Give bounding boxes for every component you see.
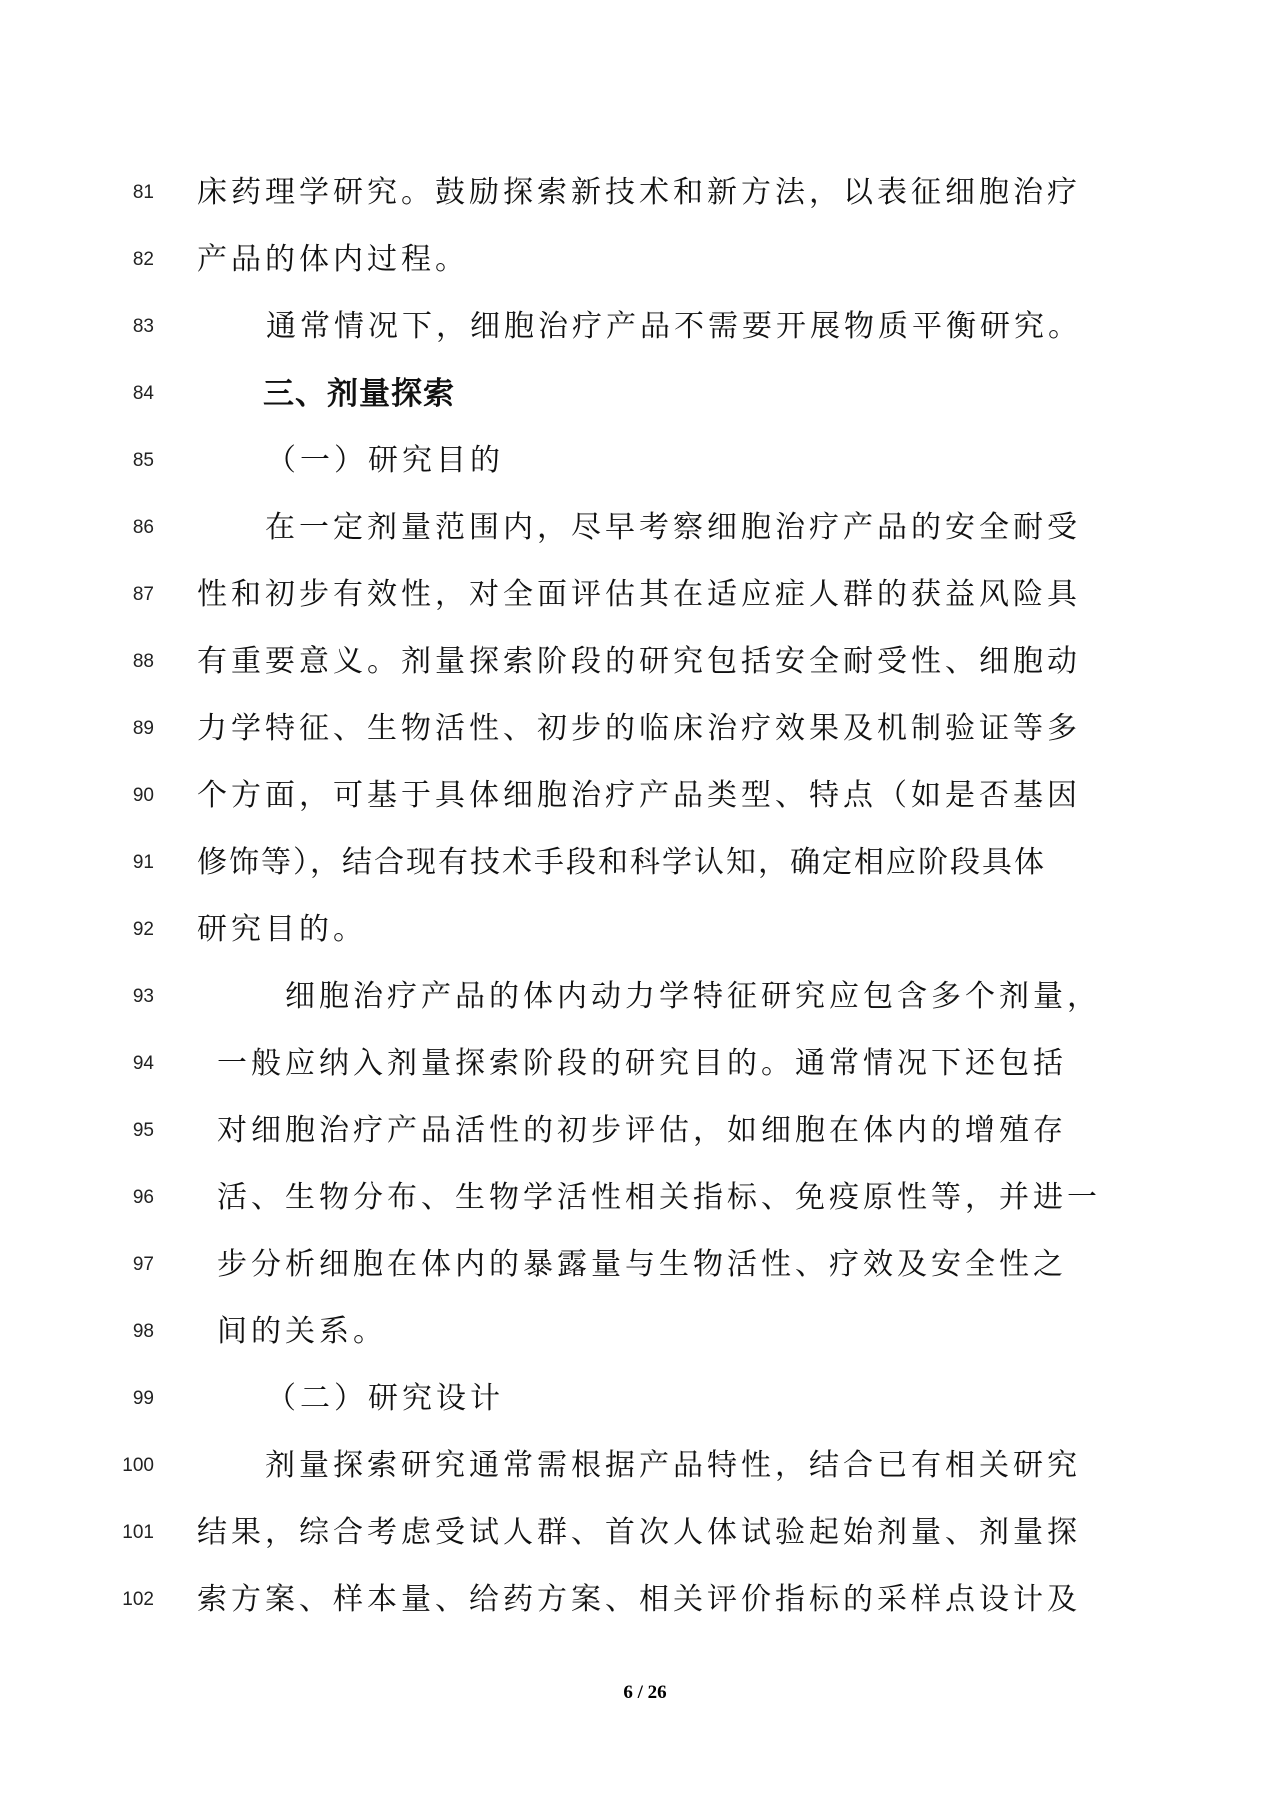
line-number: 91	[90, 851, 154, 875]
line-number: 100	[90, 1454, 154, 1478]
body-text-line: 间的关系。	[217, 1312, 387, 1352]
document-page: 81 床药理学研究。鼓励探索新技术和新方法，以表征细胞治疗 82 产品的体内过程…	[0, 0, 1280, 1810]
line-number: 96	[90, 1186, 154, 1210]
line-number: 87	[90, 583, 154, 607]
body-text-line: 床药理学研究。鼓励探索新技术和新方法，以表征细胞治疗	[197, 173, 1081, 213]
line-number: 101	[90, 1521, 154, 1545]
line-number: 86	[90, 516, 154, 540]
line-number: 92	[90, 918, 154, 942]
line-number: 84	[90, 382, 154, 406]
line-number: 82	[90, 248, 154, 272]
line-number: 97	[90, 1253, 154, 1277]
body-text-line: 有重要意义。剂量探索阶段的研究包括安全耐受性、细胞动	[197, 642, 1081, 682]
body-text-line: 索方案、样本量、给药方案、相关评价指标的采样点设计及	[197, 1580, 1081, 1620]
subsection-heading: （二）研究设计	[266, 1379, 504, 1419]
body-text-line: 一般应纳入剂量探索阶段的研究目的。通常情况下还包括	[217, 1044, 1067, 1084]
body-text-line: 对细胞治疗产品活性的初步评估，如细胞在体内的增殖存	[217, 1111, 1067, 1151]
line-number: 90	[90, 784, 154, 808]
body-text-line: 修饰等），结合现有技术手段和科学认知，确定相应阶段具体	[197, 843, 1046, 883]
line-number: 93	[90, 985, 154, 1009]
body-text-line: 性和初步有效性，对全面评估其在适应症人群的获益风险具	[197, 575, 1081, 615]
line-number: 83	[90, 315, 154, 339]
body-text-line: 力学特征、生物活性、初步的临床治疗效果及机制验证等多	[197, 709, 1081, 749]
body-text-line: 产品的体内过程。	[197, 240, 469, 280]
line-number: 81	[90, 181, 154, 205]
page-number: 6 / 26	[560, 1681, 730, 1705]
line-number: 102	[90, 1588, 154, 1612]
body-text-line: 研究目的。	[197, 910, 367, 950]
subsection-heading: （一）研究目的	[266, 441, 504, 481]
line-number: 99	[90, 1387, 154, 1411]
body-text-line: 活、生物分布、生物学活性相关指标、免疫原性等，并进一	[217, 1178, 1101, 1218]
line-number: 88	[90, 650, 154, 674]
body-text-line: 结果，综合考虑受试人群、首次人体试验起始剂量、剂量探	[197, 1513, 1081, 1553]
line-number: 85	[90, 449, 154, 473]
body-text-line: 剂量探索研究通常需根据产品特性，结合已有相关研究	[265, 1446, 1081, 1486]
section-heading: 三、剂量探索	[263, 374, 455, 414]
body-text-line: 个方面，可基于具体细胞治疗产品类型、特点（如是否基因	[197, 776, 1081, 816]
line-number: 98	[90, 1320, 154, 1344]
line-number: 95	[90, 1119, 154, 1143]
line-number: 89	[90, 717, 154, 741]
body-text-line: 在一定剂量范围内，尽早考察细胞治疗产品的安全耐受	[265, 508, 1081, 548]
body-text-line: 步分析细胞在体内的暴露量与生物活性、疗效及安全性之	[217, 1245, 1067, 1285]
body-text-line: 通常情况下，细胞治疗产品不需要开展物质平衡研究。	[266, 307, 1082, 347]
line-number: 94	[90, 1052, 154, 1076]
body-text-line: 细胞治疗产品的体内动力学特征研究应包含多个剂量，	[285, 977, 1101, 1017]
